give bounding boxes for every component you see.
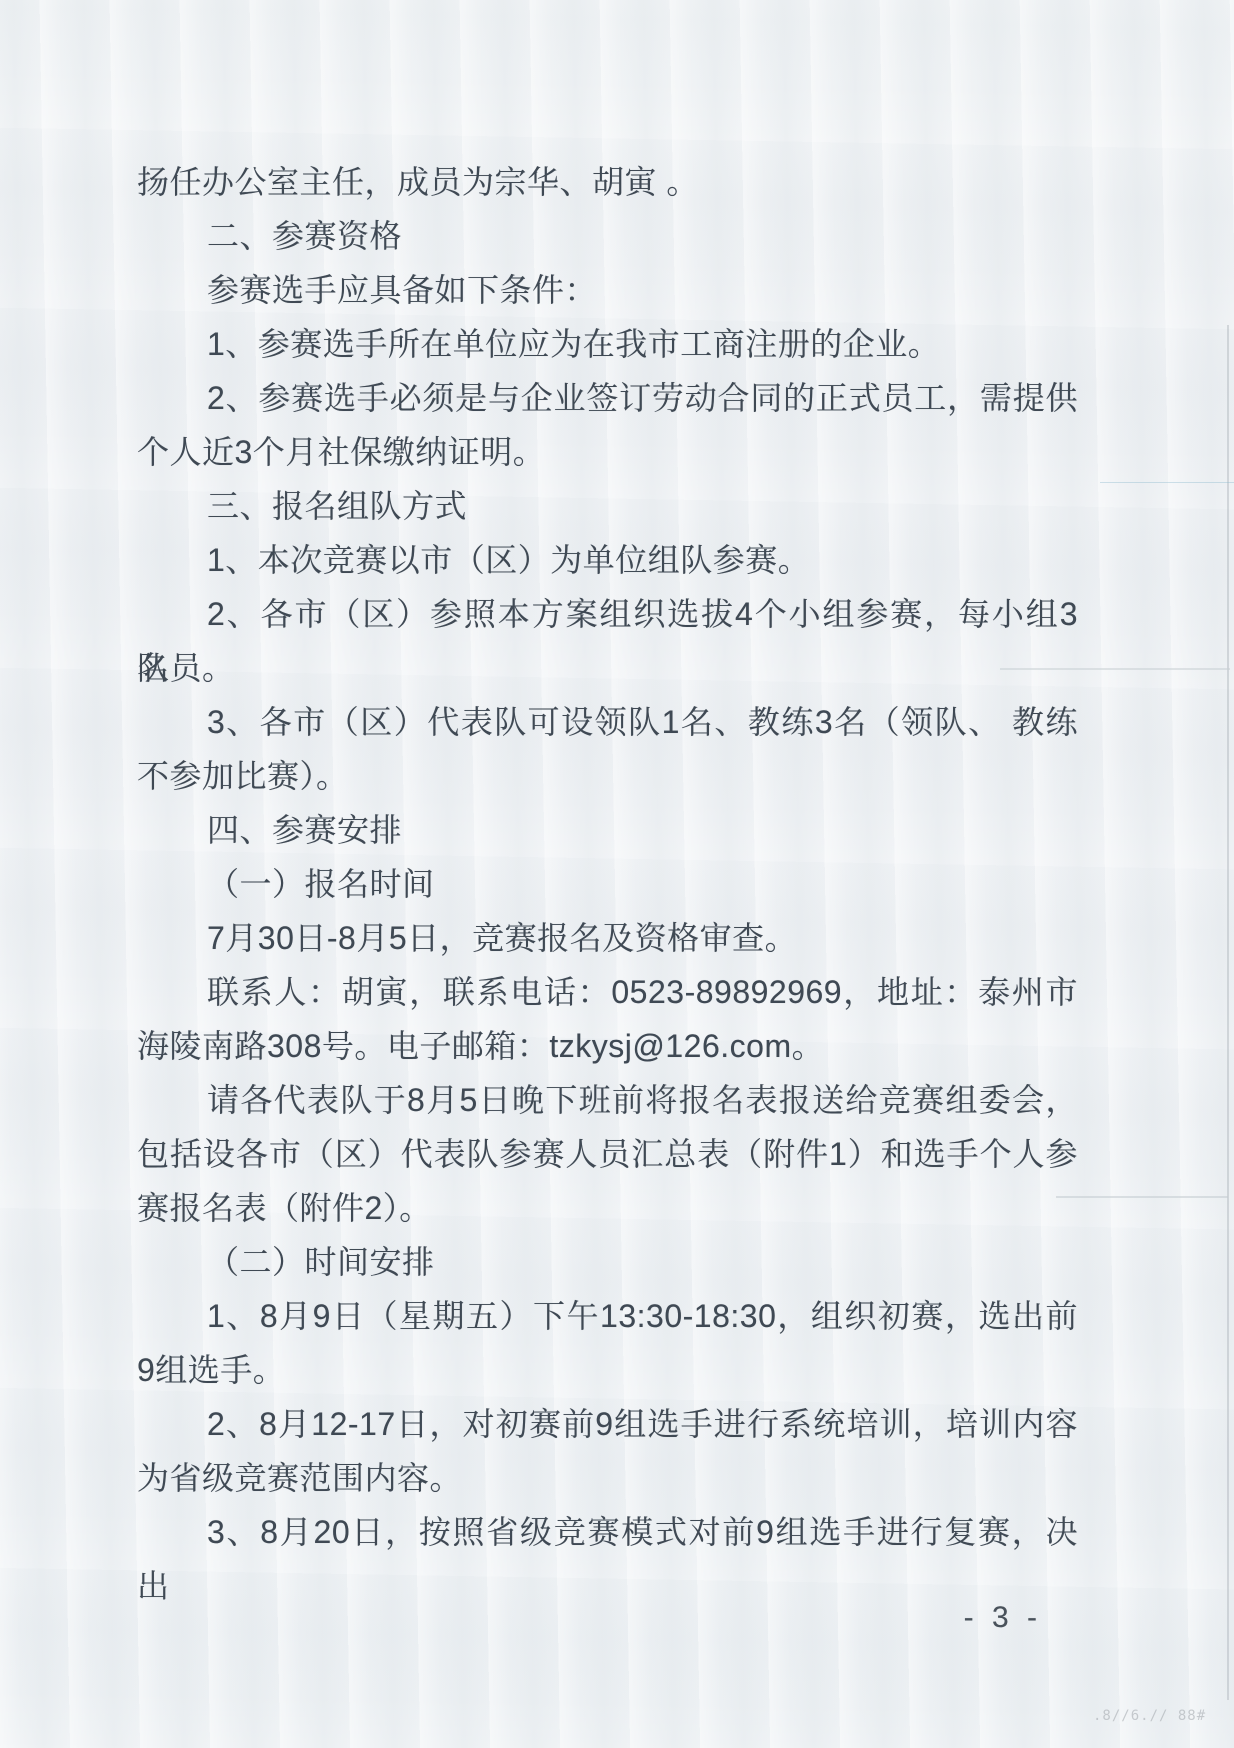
- section-heading: 三、报名组队方式: [137, 479, 1078, 533]
- document-body: 扬任办公室主任，成员为宗华、胡寅 。 二、参赛资格 参赛选手应具备如下条件： 1…: [137, 155, 1078, 1559]
- text-line: 3、8月20日，按照省级竞赛模式对前9组选手进行复赛，决出: [137, 1505, 1078, 1559]
- text-line: 扬任办公室主任，成员为宗华、胡寅 。: [137, 155, 1078, 209]
- text-line: 2、参赛选手必须是与企业签订劳动合同的正式员工，需提供: [137, 371, 1078, 425]
- text-line: 海陵南路308号。电子邮箱：tzkysj@126.com。: [137, 1019, 1078, 1073]
- scan-artifact-horizontal-line: [1056, 1196, 1228, 1198]
- text-line: 2、各市（区）参照本方案组织选拔4个小组参赛，每小组3 名: [137, 587, 1078, 641]
- page-number: - 3 -: [964, 1601, 1042, 1635]
- text-line: 包括设各市（区）代表队参赛人员汇总表（附件1）和选手个人参: [137, 1127, 1078, 1181]
- text-line: 参赛选手应具备如下条件：: [137, 263, 1078, 317]
- scan-artifact-vertical-line: [1227, 325, 1229, 1700]
- scanned-document-page: 扬任办公室主任，成员为宗华、胡寅 。 二、参赛资格 参赛选手应具备如下条件： 1…: [0, 0, 1234, 1748]
- text-line: 1、本次竞赛以市（区）为单位组队参赛。: [137, 533, 1078, 587]
- text-line: 联系人：胡寅，联系电话：0523-89892969，地址：泰州市: [137, 965, 1078, 1019]
- text-line: 为省级竞赛范围内容。: [137, 1451, 1078, 1505]
- scan-artifact-horizontal-line: [1000, 668, 1230, 670]
- text-line: 2、8月12-17日，对初赛前9组选手进行系统培训，培训内容: [137, 1397, 1078, 1451]
- section-heading: 二、参赛资格: [137, 209, 1078, 263]
- text-line: 个人近3个月社保缴纳证明。: [137, 425, 1078, 479]
- subsection-heading: （一）报名时间: [137, 857, 1078, 911]
- text-line: 1、参赛选手所在单位应为在我市工商注册的企业。: [137, 317, 1078, 371]
- section-heading: 四、参赛安排: [137, 803, 1078, 857]
- scan-artifact-horizontal-line: [1100, 482, 1234, 483]
- text-line: 1、8月9日（星期五）下午13:30-18:30，组织初赛，选出前: [137, 1289, 1078, 1343]
- text-line: 9组选手。: [137, 1343, 1078, 1397]
- text-line: 3、各市（区）代表队可设领队1名、教练3名（领队、 教练: [137, 695, 1078, 749]
- text-line: 请各代表队于8月5日晚下班前将报名表报送给竞赛组委会，: [137, 1073, 1078, 1127]
- text-line: 队员。: [137, 641, 1078, 695]
- text-line: 赛报名表（附件2）。: [137, 1181, 1078, 1235]
- text-line: 7月30日-8月5日，竞赛报名及资格审查。: [137, 911, 1078, 965]
- subsection-heading: （二）时间安排: [137, 1235, 1078, 1289]
- text-line: 不参加比赛）。: [137, 749, 1078, 803]
- scan-corner-mark: .8//6.// 88#: [1093, 1708, 1206, 1724]
